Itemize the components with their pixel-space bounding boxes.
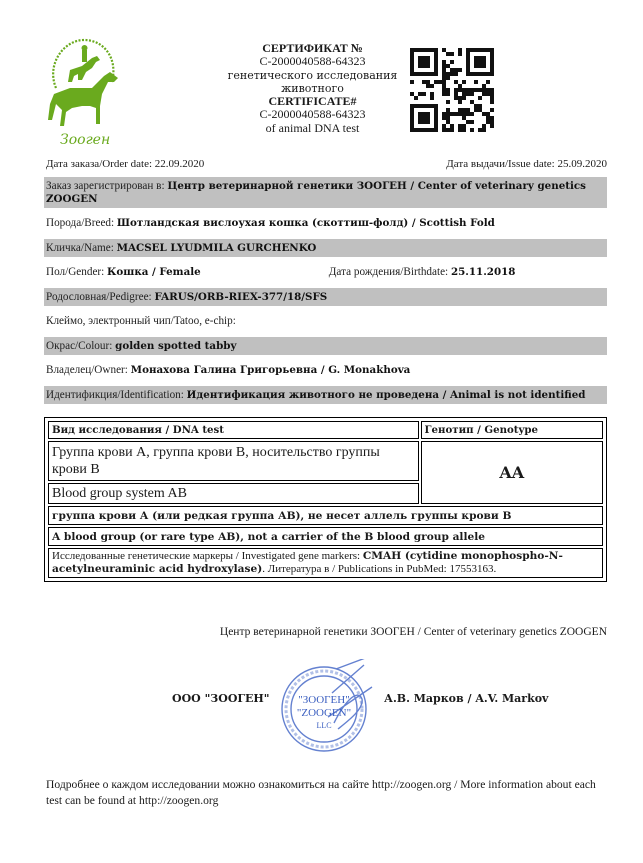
- publications: . Литература в / Publications in PubMed:…: [262, 563, 496, 575]
- colour-label: Окрас/Colour:: [46, 340, 112, 352]
- subtitle-ru-2: животного: [215, 82, 410, 95]
- certificate-title: СЕРТИФИКАТ № С-2000040588-64323 генетиче…: [215, 42, 410, 135]
- breed-value: Шотландская вислоухая кошка (скоттиш-фол…: [117, 217, 495, 229]
- company-stamp: "ЗООГЕН" "ZOOGEN" LLC: [276, 659, 380, 755]
- animal-info: Заказ зарегистрирован в: Центр ветеринар…: [44, 177, 607, 410]
- horse-rider-logo-icon: Зооген: [42, 36, 122, 148]
- test-name-en: Blood group system AB: [48, 483, 419, 504]
- chip-row: Клеймо, электронный чип/Tatoo, e-chip:: [44, 312, 607, 331]
- identification-label: Идентификция/Identification:: [46, 389, 184, 401]
- certificate-number-en: С-2000040588-64323: [215, 108, 410, 121]
- gender-label: Пол/Gender:: [46, 266, 104, 278]
- subtitle-en: of animal DNA test: [215, 122, 410, 135]
- order-date-value: 22.09.2020: [155, 158, 205, 170]
- certificate-title-en: CERTIFICATE#: [215, 95, 410, 108]
- identification-value: Идентификация животного не проведена / A…: [187, 389, 586, 401]
- order-date-label: Дата заказа/Order date:: [46, 158, 152, 170]
- registered-label: Заказ зарегистрирован в:: [46, 180, 165, 192]
- owner-value: Монахова Галина Григорьевна / G. Monakho…: [131, 364, 411, 376]
- name-value: MACSEL LYUDMILA GURCHENKO: [117, 242, 317, 254]
- pedigree-label: Родословная/Pedigree:: [46, 291, 152, 303]
- issue-date: Дата выдачи/Issue date: 25.09.2020: [446, 158, 607, 170]
- birthdate-value: 25.11.2018: [451, 266, 516, 278]
- test-name-ru: Группа крови А, группа крови В, носитель…: [48, 441, 419, 481]
- name-row: Кличка/Name: MACSEL LYUDMILA GURCHENKO: [44, 239, 607, 258]
- breed-label: Порода/Breed:: [46, 217, 114, 229]
- stamp-seal-icon: "ЗООГЕН" "ZOOGEN" LLC: [276, 659, 380, 755]
- breed-row: Порода/Breed: Шотландская вислоухая кошк…: [44, 214, 607, 233]
- gender: Пол/Gender: Кошка / Female: [46, 266, 326, 279]
- signer-name: А.В. Марков / A.V. Markov: [384, 692, 548, 705]
- result-ru: группа крови А (или редкая группа АВ), н…: [48, 506, 603, 525]
- pedigree-row: Родословная/Pedigree: FARUS/ORB-RIEX-377…: [44, 288, 607, 307]
- colour-row: Окрас/Colour: golden spotted tabby: [44, 337, 607, 356]
- pedigree-value: FARUS/ORB-RIEX-377/18/SFS: [154, 291, 327, 303]
- name-label: Кличка/Name:: [46, 242, 114, 254]
- genotype-value: AA: [421, 441, 604, 504]
- registered-row: Заказ зарегистрирован в: Центр ветеринар…: [44, 177, 607, 208]
- subtitle-ru-1: генетического исследования: [215, 69, 410, 82]
- zoogen-logo: Зооген: [42, 36, 122, 148]
- center-name: Центр ветеринарной генетики ЗООГЕН / Cen…: [220, 626, 607, 638]
- qr-code-icon: [410, 48, 494, 132]
- colour-value: golden spotted tabby: [115, 340, 236, 352]
- gender-birthdate-row: Пол/Gender: Кошка / Female Дата рождения…: [44, 263, 607, 282]
- more-info-text: Подробнее о каждом исследовании можно оз…: [46, 777, 606, 808]
- identification-row: Идентификция/Identification: Идентификац…: [44, 386, 607, 405]
- owner-row: Владелец/Owner: Монахова Галина Григорье…: [44, 361, 607, 380]
- birthdate-label: Дата рождения/Birthdate:: [329, 266, 448, 278]
- svg-text:"ZOOGEN": "ZOOGEN": [297, 707, 351, 719]
- gene-markers: Исследованные генетические маркеры / Inv…: [48, 548, 603, 578]
- col-header-genotype: Генотип / Genotype: [421, 421, 604, 439]
- svg-text:"ЗООГЕН": "ЗООГЕН": [298, 694, 349, 706]
- result-en: A blood group (or rare type AB), not a c…: [48, 527, 603, 546]
- order-date: Дата заказа/Order date: 22.09.2020: [46, 158, 204, 170]
- col-header-test: Вид исследования / DNA test: [48, 421, 419, 439]
- issue-date-value: 25.09.2020: [558, 158, 608, 170]
- gender-value: Кошка / Female: [107, 266, 201, 278]
- company-name: ООО "ЗООГЕН": [172, 692, 270, 705]
- dna-test-table: Вид исследования / DNA test Генотип / Ge…: [44, 417, 607, 582]
- certificate-number-ru: С-2000040588-64323: [215, 55, 410, 68]
- svg-text:LLC: LLC: [316, 721, 331, 730]
- chip-label: Клеймо, электронный чип/Tatoo, e-chip:: [46, 315, 236, 327]
- certificate-title-ru: СЕРТИФИКАТ №: [215, 42, 410, 55]
- markers-label: Исследованные генетические маркеры / Inv…: [52, 550, 360, 562]
- owner-label: Владелец/Owner:: [46, 364, 128, 376]
- birthdate: Дата рождения/Birthdate: 25.11.2018: [326, 266, 515, 278]
- svg-text:Зооген: Зооген: [60, 132, 110, 148]
- issue-date-label: Дата выдачи/Issue date:: [446, 158, 555, 170]
